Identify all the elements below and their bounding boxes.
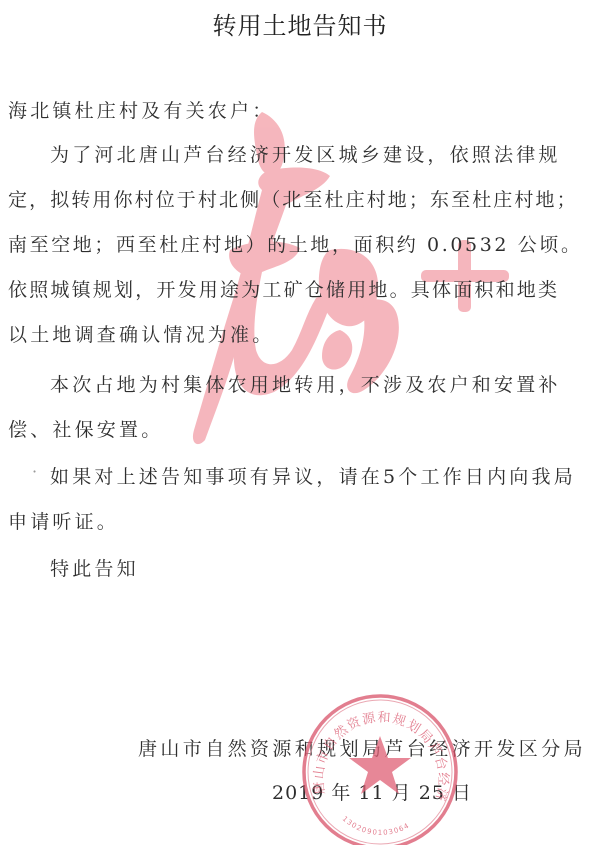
paragraph-1-line-2: 定，拟转用你村位于村北侧（北至杜庄村地；东至杜庄村地； (8, 185, 578, 212)
salutation: 海北镇杜庄村及有关农户： (8, 96, 274, 123)
svg-text:1302090103064: 1302090103064 (341, 815, 411, 837)
seal-code: 1302090103064 (341, 815, 411, 837)
paragraph-1-line-1: 为了河北唐山芦台经济开发区城乡建设，依照法律规 (50, 140, 561, 167)
stray-dot: · (32, 462, 40, 481)
closing-remark: 特此告知 (50, 554, 139, 581)
official-seal: 唐山市自然资源和规划局芦台经济开发区分局 1302090103064 (296, 688, 464, 845)
paragraph-1-line-4: 依照城镇规划，开发用途为工矿仓储用地。具体面积和地类 (8, 275, 559, 302)
paragraph-1-line-3: 南至空地；西至杜庄村地）的土地，面积约 0.0532 公顷。 (8, 230, 583, 257)
paragraph-3-line-2: 申请听证。 (8, 507, 119, 534)
paragraph-2-line-1: 本次占地为村集体农用地转用，不涉及农户和安置补 (50, 370, 561, 397)
seal-text: 唐山市自然资源和规划局芦台经济开发区分局 (296, 688, 451, 804)
page-title: 转用土地告知书 (0, 6, 600, 41)
paragraph-1-line-5: 以土地调查确认情况为准。 (8, 320, 274, 347)
svg-text:唐山市自然资源和规划局芦台经济开发区分局: 唐山市自然资源和规划局芦台经济开发区分局 (296, 688, 451, 804)
paragraph-3-line-1: 如果对上述告知事项有异议，请在5个工作日内向我局 (50, 462, 576, 489)
seal-star-icon (349, 736, 411, 794)
paragraph-2-line-2: 偿、社保安置。 (8, 415, 163, 442)
